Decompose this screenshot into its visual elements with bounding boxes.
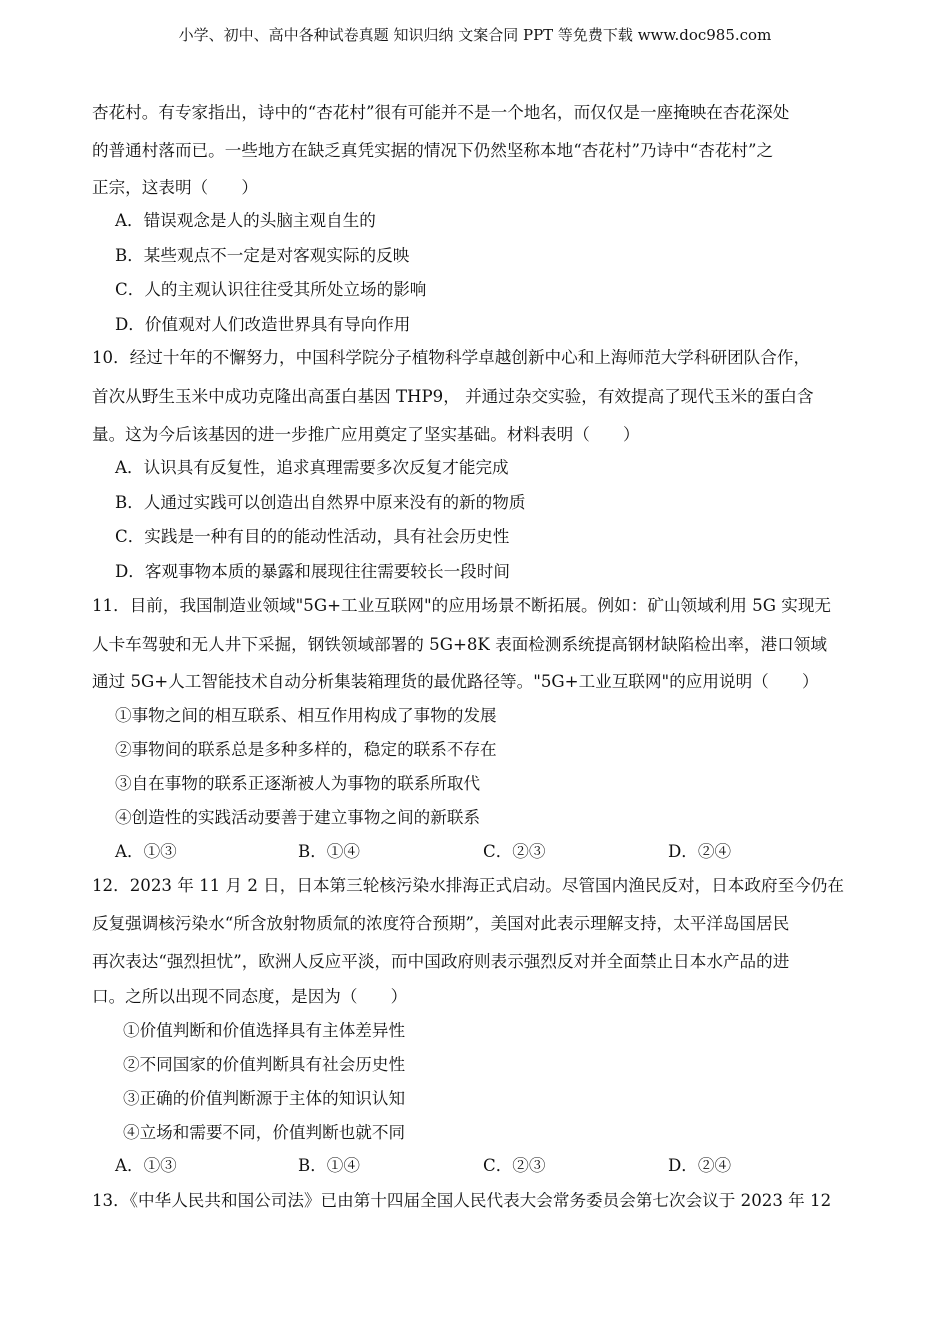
question-11-statement-1: ①事物之间的相互联系、相互作用构成了事物的发展 (115, 706, 497, 726)
question-9-option-a: A．错误观念是人的头脑主观自生的 (115, 211, 376, 231)
question-10-stem-line-2: 首次从野生玉米中成功克隆出高蛋白基因 THP9， 并通过杂交实验，有效提高了现代… (92, 387, 814, 407)
question-12-choice-a: A．①③ (115, 1156, 177, 1176)
question-13-stem-line-1: 13．《中华人民共和国公司法》已由第十四届全国人民代表大会常务委员会第七次会议于… (92, 1191, 831, 1211)
question-12-statement-1: ①价值判断和价值选择具有主体差异性 (123, 1021, 405, 1041)
question-9-option-b: B．某些观点不一定是对客观实际的反映 (115, 246, 409, 266)
question-10-option-a: A．认识具有反复性，追求真理需要多次反复才能完成 (115, 458, 509, 478)
question-12-stem-line-1: 12．2023 年 11 月 2 日，日本第三轮核污染水排海正式启动。尽管国内渔… (92, 876, 844, 896)
question-12-stem-line-3: 再次表达“强烈担忧”，欧洲人反应平淡，而中国政府则表示强烈反对并全面禁止日本水产… (92, 952, 789, 972)
question-10-option-b: B．人通过实践可以创造出自然界中原来没有的新的物质 (115, 493, 525, 513)
question-9-option-c: C．人的主观认识往往受其所处立场的影响 (115, 280, 426, 300)
question-9-stem-line-1: 杏花村。有专家指出，诗中的“杏花村”很有可能并不是一个地名，而仅仅是一座掩映在杏… (92, 103, 789, 123)
question-11-statement-4: ④创造性的实践活动要善于建立事物之间的新联系 (115, 808, 480, 828)
question-11-choice-b: B．①④ (298, 842, 360, 862)
question-12-statement-4: ④立场和需要不同，价值判断也就不同 (123, 1123, 405, 1143)
question-12-statement-2: ②不同国家的价值判断具有社会历史性 (123, 1055, 405, 1075)
question-10-option-d: D．客观事物本质的暴露和展现往往需要较长一段时间 (115, 562, 510, 582)
question-10-option-c: C．实践是一种有目的的能动性活动，具有社会历史性 (115, 527, 509, 547)
question-10-stem-line-1: 10．经过十年的不懈努力，中国科学院分子植物科学卓越创新中心和上海师范大学科研团… (92, 348, 810, 368)
question-9-stem-line-2: 的普通村落而已。一些地方在缺乏真凭实据的情况下仍然坚称本地“杏花村”乃诗中“杏花… (92, 141, 773, 161)
question-11-choice-a: A．①③ (115, 842, 177, 862)
question-11-stem-line-2: 人卡车驾驶和无人井下采掘，钢铁领域部署的 5G+8K 表面检测系统提高钢材缺陷检… (92, 635, 827, 655)
question-12-stem-line-2: 反复强调核污染水“所含放射物质氚的浓度符合预期”，美国对此表示理解支持，太平洋岛… (92, 914, 789, 934)
question-12-statement-3: ③正确的价值判断源于主体的知识认知 (123, 1089, 405, 1109)
question-11-choice-d: D．②④ (668, 842, 731, 862)
question-10-stem-line-3: 量。这为今后该基因的进一步推广应用奠定了坚实基础。材料表明（ ） (92, 425, 640, 445)
question-12-choice-d: D．②④ (668, 1156, 731, 1176)
question-11-statement-3: ③自在事物的联系正逐渐被人为事物的联系所取代 (115, 774, 480, 794)
question-12-choice-b: B．①④ (298, 1156, 360, 1176)
question-11-statement-2: ②事物间的联系总是多种多样的，稳定的联系不存在 (115, 740, 497, 760)
question-12-stem-line-4: 口。之所以出现不同态度，是因为（ ） (92, 987, 407, 1007)
question-12-choice-c: C．②③ (483, 1156, 545, 1176)
question-11-stem-line-3: 通过 5G+人工智能技术自动分析集装箱理货的最优路径等。"5G+工业互联网"的应… (92, 672, 819, 692)
question-11-stem-line-1: 11．目前，我国制造业领域"5G+工业互联网"的应用场景不断拓展。例如：矿山领域… (92, 596, 831, 616)
page-header-banner: 小学、初中、高中各种试卷真题 知识归纳 文案合同 PPT 等免费下载 www.d… (0, 24, 950, 45)
question-9-option-d: D．价值观对人们改造世界具有导向作用 (115, 315, 410, 335)
question-11-choice-c: C．②③ (483, 842, 545, 862)
question-9-stem-line-3: 正宗，这表明（ ） (92, 178, 258, 198)
